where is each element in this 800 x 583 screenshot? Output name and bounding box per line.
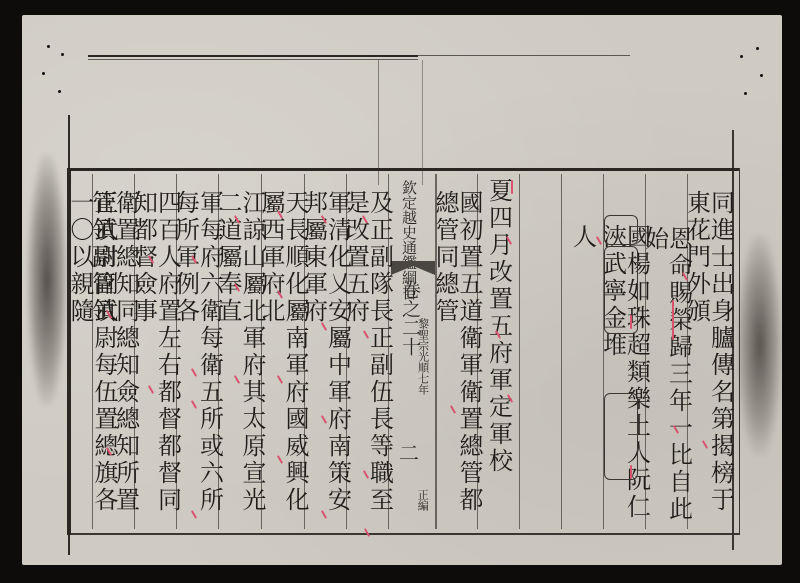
- paper-stain-left: [27, 155, 67, 405]
- name-cartouche: [604, 246, 638, 334]
- frame-right-border: [739, 168, 740, 535]
- text-column-10: 天長順化屬南軍府國威興化屬西軍府北: [261, 174, 304, 529]
- binding-hole: [740, 55, 743, 58]
- reign-note: 黎聖宗光順七年: [416, 318, 429, 395]
- column-text: 夏四月改置五府軍定軍校: [487, 174, 511, 475]
- text-column-9: 軍清化乂安屬中軍府南策安邦屬東軍府: [304, 174, 346, 529]
- binding-hole: [744, 92, 747, 95]
- punctuation-mark: [672, 300, 674, 340]
- text-column-13: 四百人府置左右都督都督同知都督僉事: [134, 174, 176, 529]
- text-column-11: 江諒山屬北軍府其太原宣光二道屬奉直: [218, 174, 261, 529]
- column-text: 正武尉副武尉每伍置總旗各一〇以親隨: [68, 174, 116, 529]
- text-frame: 同進士出身臚傳名第揭榜于東花門外頒 恩命賜榮歸三年一比自此始 國楊如珠超類樂土人…: [70, 168, 740, 535]
- center-fold-column: 欽定越史通鑑綱目 卷之二十 黎聖宗光順七年 二 正編: [388, 174, 436, 529]
- page-number: 二: [399, 437, 419, 466]
- column-text: 天長順化屬南軍府國威興化屬西軍府北: [259, 174, 307, 529]
- frame-bottom-border: [70, 533, 740, 535]
- text-column-15: 正武尉副武尉每伍置總旗各一〇以親隨: [72, 174, 112, 529]
- binding-hole: [58, 90, 61, 93]
- paper-stain-right: [737, 235, 782, 455]
- text-column-6: 夏四月改置五府軍定軍校: [477, 174, 519, 529]
- name-cartouche: [604, 393, 638, 480]
- upper-rule: [88, 55, 418, 57]
- text-column-5: [519, 174, 561, 529]
- text-column-7: 國初置五道衛軍衛置總管都總管同總管: [436, 174, 477, 529]
- text-column-12: 軍每府六衛每衛五所或六所每所軍例各: [176, 174, 218, 529]
- text-column-4: 人: [561, 174, 603, 529]
- upper-divider: [378, 60, 379, 185]
- binding-hole: [61, 53, 64, 56]
- binding-hole: [756, 47, 759, 50]
- upper-rule: [400, 55, 630, 56]
- name-cartouche: [604, 215, 638, 245]
- punctuation-mark: [630, 465, 632, 479]
- frame-top-border: [70, 168, 740, 171]
- section-label: 正編: [416, 489, 429, 511]
- text-column-2: 恩命賜榮歸三年一比自此始: [645, 174, 687, 529]
- upper-divider: [422, 60, 423, 185]
- binding-hole: [760, 74, 763, 77]
- punctuation-mark: [630, 315, 632, 329]
- column-text: 人: [571, 174, 595, 251]
- upper-rule: [88, 59, 418, 60]
- text-column-1: 同進士出身臚傳名第揭榜于東花門外頒: [687, 174, 729, 529]
- binding-hole: [42, 72, 45, 75]
- binding-hole: [47, 45, 50, 48]
- column-text: 國初置五道衛軍衛置總管都總管同總管: [433, 174, 481, 529]
- punctuation-mark: [511, 180, 513, 194]
